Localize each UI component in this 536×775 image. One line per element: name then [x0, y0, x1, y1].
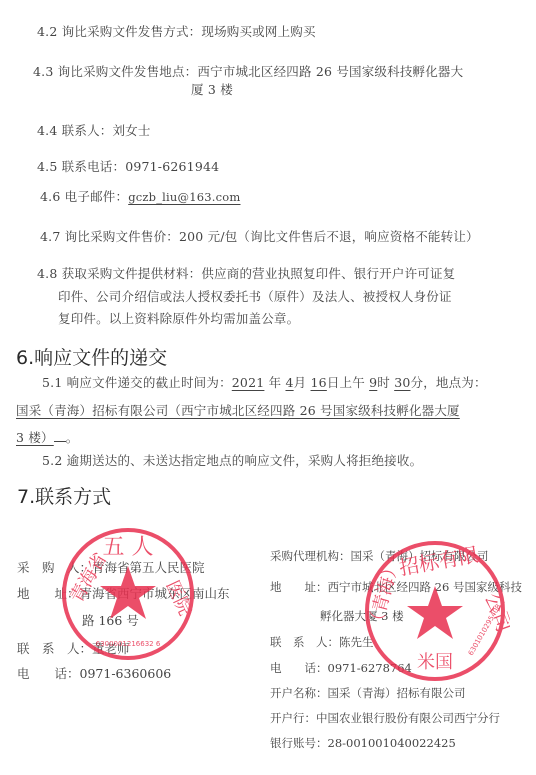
location-text: 3 楼）	[16, 430, 54, 445]
period: 。	[66, 430, 79, 445]
item-4-8-line3: 复印件。以上资料除原件外均需加盖公章。	[58, 309, 299, 327]
item-4-2: 4.2 询比采购文件发售方式：现场购买或网上购买	[37, 22, 316, 40]
agency-contact-row: 联 系 人：陈先生	[270, 634, 374, 650]
item-4-5: 4.5 联系电话：0971-6261944	[37, 157, 219, 175]
buyer-address-line2: 路 166 号	[82, 611, 139, 629]
item-number: 5.2	[42, 453, 62, 468]
item-5-1: 5.1 响应文件递交的截止时间为：2021 年 4月 16日上午 9时 30分，…	[42, 373, 487, 391]
item-number: 4.8	[37, 266, 57, 281]
item-label: 联系人：	[62, 123, 113, 138]
agency-address-row: 地 址：西宁市城北区经四路 26 号国家级科技	[270, 579, 522, 595]
buyer-label: 采 购 人：	[17, 560, 92, 575]
bank-row: 开户行：中国农业银行股份有限公司西宁分行	[270, 710, 500, 726]
unit: 年	[269, 375, 282, 390]
agency-label: 采购代理机构：	[270, 549, 351, 563]
phone-value: 0971-6278764	[328, 661, 412, 675]
buyer-value: 青海省第五人民医院	[92, 560, 205, 575]
svg-text:公司: 公司	[480, 590, 510, 636]
buyer-phone-row: 电 话：0971-6360606	[17, 664, 171, 682]
unit: 日上午	[327, 375, 365, 390]
item-number: 4.2	[37, 24, 57, 39]
item-label: 询比采购文件售价：	[65, 229, 179, 244]
unit: 时	[377, 375, 390, 390]
agency-address-line2: 孵化器大厦 3 楼	[320, 608, 404, 624]
section-7-heading: 7.联系方式	[17, 482, 111, 509]
address-value: 西宁市城北区经四路 26 号国家级科技	[328, 580, 522, 594]
submission-location-line2: 3 楼）。	[16, 428, 78, 446]
item-text: 逾期送达的、未送达指定地点的响应文件，采购人将拒绝接收。	[67, 453, 423, 468]
item-value: 0971-6261944	[125, 159, 219, 174]
deadline-day: 16	[311, 375, 327, 390]
buyer-contact-row: 联 系 人：董老师	[17, 639, 130, 657]
svg-text:6301010295408: 6301010295408	[467, 603, 503, 657]
item-4-6: 4.6 电子邮件：gczb_liu@163.com	[40, 187, 241, 205]
item-4-7: 4.7 询比采购文件售价：200 元/包（询比文件售后不退，响应资格不能转让）	[40, 227, 479, 245]
item-label: 联系电话：	[62, 159, 126, 174]
address-value: 青海省西宁市城东区南山东	[80, 586, 230, 601]
phone-value: 0971-6360606	[80, 666, 172, 681]
bank-label: 开户行：	[270, 711, 316, 725]
agency-phone-row: 电 话：0971-6278764	[270, 660, 412, 676]
item-number: 4.7	[40, 229, 60, 244]
deadline-month: 4	[285, 375, 293, 390]
deadline-year: 2021	[232, 375, 265, 390]
unit: 月	[294, 375, 307, 390]
buyer-row: 采 购 人：青海省第五人民医院	[17, 558, 205, 576]
address-label: 地 址：	[270, 580, 328, 594]
phone-label: 电 话：	[270, 661, 328, 675]
phone-label: 电 话：	[17, 666, 80, 681]
account-name-row: 开户名称：国采（青海）招标有限公司	[270, 685, 466, 701]
item-4-8-line2: 印件、公司介绍信或法人授权委托书（原件）及法人、被授权人身份证	[58, 287, 452, 305]
item-4-8: 4.8 获取采购文件提供材料：供应商的营业执照复印件、银行开户许可证复	[37, 264, 455, 282]
email-link[interactable]: gczb_liu@163.com	[128, 190, 240, 204]
item-4-3: 4.3 询比采购文件发售地点：西宁市城北区经四路 26 号国家级科技孵化器大	[33, 62, 463, 80]
item-value: 现场购买或网上购买	[201, 24, 315, 39]
buyer-address-row: 地 址：青海省西宁市城东区南山东	[17, 584, 230, 602]
section-6-heading: 6.响应文件的递交	[16, 343, 167, 370]
item-text: 响应文件递交的截止时间为：	[67, 375, 232, 390]
item-5-2: 5.2 逾期送达的、未送达指定地点的响应文件，采购人将拒绝接收。	[42, 451, 422, 469]
item-value: 刘女士	[112, 123, 150, 138]
account-name-value: 国采（青海）招标有限公司	[328, 686, 466, 700]
item-number: 4.6	[40, 189, 60, 204]
account-number-row: 银行账号：28-001001040022425	[270, 735, 456, 751]
item-4-3-line2: 厦 3 楼	[191, 80, 233, 98]
item-number: 5.1	[42, 375, 62, 390]
item-number: 4.5	[37, 159, 57, 174]
svg-text:五 人: 五 人	[103, 535, 154, 560]
contact-label: 联 系 人：	[270, 635, 339, 649]
deadline-minute: 30	[394, 375, 410, 390]
item-value: 200 元/包（询比文件售后不退，响应资格不能转让）	[179, 229, 479, 244]
svg-text:米国: 米国	[417, 652, 453, 673]
unit: 分，地点为：	[411, 375, 487, 390]
account-name-label: 开户名称：	[270, 686, 328, 700]
item-number: 4.4	[37, 123, 57, 138]
address-label: 地 址：	[17, 586, 80, 601]
item-text: 获取采购文件提供材料：供应商的营业执照复印件、银行开户许可证复	[62, 266, 456, 281]
bank-value: 中国农业银行股份有限公司西宁分行	[316, 711, 500, 725]
agency-row: 采购代理机构：国采（青海）招标有限公司	[270, 548, 489, 564]
item-label: 电子邮件：	[65, 189, 129, 204]
item-value: 西宁市城北区经四路 26 号国家级科技孵化器大	[197, 64, 463, 79]
item-label: 询比采购文件发售地点：	[58, 64, 198, 79]
item-label: 询比采购文件发售方式：	[62, 24, 202, 39]
contact-value: 董老师	[92, 641, 130, 656]
contact-label: 联 系 人：	[17, 641, 92, 656]
contact-value: 陈先生	[339, 635, 374, 649]
submission-location-line1: 国采（青海）招标有限公司（西宁市城北区经四路 26 号国家级科技孵化器大厦	[16, 401, 460, 419]
account-number-value: 28-001001040022425	[328, 736, 456, 750]
item-number: 4.3	[33, 64, 53, 79]
item-4-4: 4.4 联系人：刘女士	[37, 121, 151, 139]
agency-value: 国采（青海）招标有限公司	[351, 549, 489, 563]
account-number-label: 银行账号：	[270, 736, 328, 750]
